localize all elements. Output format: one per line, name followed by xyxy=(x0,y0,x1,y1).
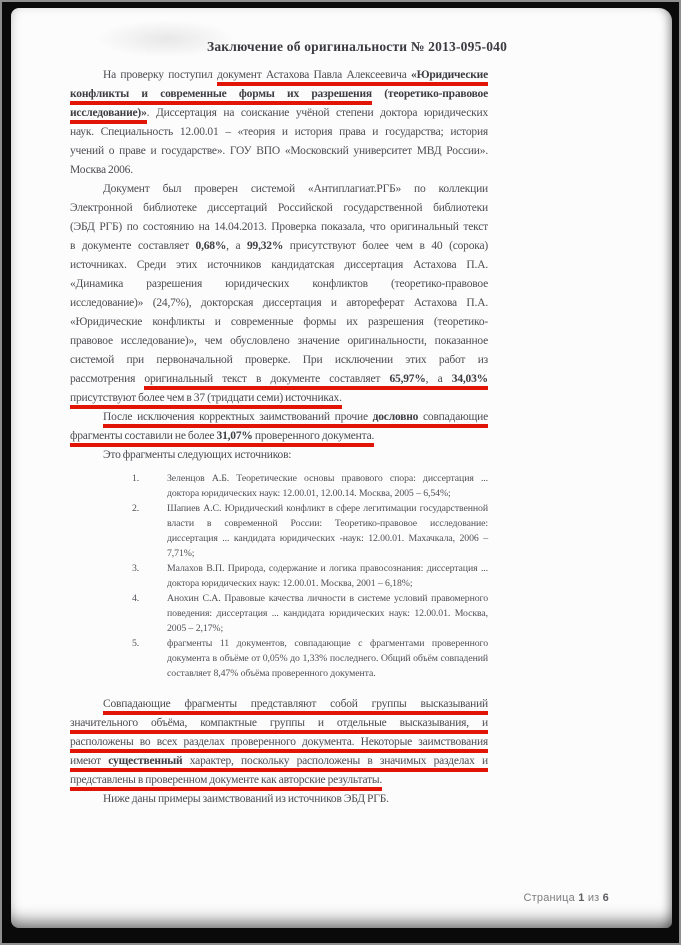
source-item: 2.Шапиев А.С. Юридический конфликт в сфе… xyxy=(132,501,488,561)
text-line: Москва 2006. xyxy=(70,161,488,180)
text-line: фрагменты составили не более 31,07% пров… xyxy=(70,427,488,446)
text-line: конфликты и современные формы их разреше… xyxy=(70,85,488,104)
text-segment: 0,68% xyxy=(196,240,227,252)
paragraph: Ниже даны примеры заимствований из источ… xyxy=(70,790,488,809)
source-text: Анохин С.А. Правовые качества личности в… xyxy=(167,591,488,636)
paragraph: Совпадающие фрагменты представляют собой… xyxy=(70,695,488,790)
paragraph: Это фрагменты следующих источников: xyxy=(70,446,488,465)
red-underlined-text: оригинальный текст в документе составляе… xyxy=(144,373,389,390)
text-segment: . Диссертация на соискание учёной степен… xyxy=(147,107,488,119)
text-line: имеют существенный характер, поскольку р… xyxy=(70,752,488,771)
text-line: исследование)». Диссертация на соискание… xyxy=(70,104,488,123)
text-line: Совпадающие фрагменты представляют собой… xyxy=(70,695,488,714)
text-line: системой при первоначальной проверке. Пр… xyxy=(70,351,488,370)
text-segment: , а xyxy=(226,240,247,252)
red-underlined-text: существенный xyxy=(108,755,182,772)
page-content: Заключение об оригинальности № 2013-095-… xyxy=(70,8,488,928)
text-line: рассмотрения оригинальный текст в докуме… xyxy=(70,370,488,389)
text-line: значительного объёма, компактные группы … xyxy=(70,714,488,733)
text-segment: учений о праве и государстве». ГОУ ВПО «… xyxy=(70,145,488,157)
spacer xyxy=(70,681,488,695)
text-line: правовое исследование)», чем обусловлено… xyxy=(70,332,488,351)
text-segment: На проверку поступил xyxy=(103,69,217,81)
red-underlined-text: фрагменты составили не более xyxy=(70,430,217,447)
red-underlined-text: исследование)» xyxy=(70,107,147,124)
text-line: (ЭБД РГБ) по состоянию на 14.04.2013. Пр… xyxy=(70,218,488,237)
source-item: 4.Анохин С.А. Правовые качества личности… xyxy=(132,591,488,636)
red-underlined-text: присутствуют более чем в 37 (тридцати се… xyxy=(70,392,342,409)
source-text: Шапиев А.С. Юридический конфликт в сфере… xyxy=(167,501,488,561)
text-segment: 99,32% xyxy=(247,240,283,252)
text-segment: наук. Специальность 12.00.01 – «теория и… xyxy=(70,126,488,138)
footer-separator: из xyxy=(585,892,603,904)
red-underlined-text: документ Астахова Павла Алексеевича xyxy=(217,69,411,86)
text-line: На проверку поступил документ Астахова П… xyxy=(70,66,488,85)
text-segment: «Юридические конфликты и современные фор… xyxy=(70,316,488,328)
source-number: 1. xyxy=(132,471,167,501)
page-title: Заключение об оригинальности № 2013-095-… xyxy=(207,38,488,56)
red-underlined-text: значительного объёма, компактные группы … xyxy=(70,717,488,734)
red-underlined-text: Совпадающие фрагменты представляют собой… xyxy=(103,698,488,715)
footer-total-pages: 6 xyxy=(603,892,609,904)
red-underlined-text: 34,03% xyxy=(452,373,488,390)
text-line: «Юридические конфликты и современные фор… xyxy=(70,313,488,332)
text-segment: исследование)» (24,7%), докторская диссе… xyxy=(70,297,488,309)
text-segment: системой при первоначальной проверке. Пр… xyxy=(70,354,488,366)
red-underlined-text: 65,97% xyxy=(389,373,425,390)
text-segment: (ЭБД РГБ) по состоянию на 14.04.2013. Пр… xyxy=(70,221,488,233)
red-underlined-text: совпадающие xyxy=(418,411,488,428)
red-underlined-text: проверенного документа. xyxy=(253,430,374,447)
text-segment: Москва 2006. xyxy=(70,164,133,176)
text-line: После исключения корректных заимствовани… xyxy=(70,408,488,427)
sources-list: 1.Зеленцов А.Б. Теоретические основы пра… xyxy=(70,471,488,681)
scanned-document: Заключение об оригинальности № 2013-095-… xyxy=(0,0,681,945)
source-item: 3.Малахов В.П. Природа, содержание и лог… xyxy=(132,561,488,591)
red-underlined-text: дословно xyxy=(373,411,419,428)
text-segment: (теоретико-правовое xyxy=(372,88,488,100)
red-underlined-text: 31,07% xyxy=(217,430,253,447)
paragraph: Документ был проверен системой «Антиплаг… xyxy=(70,180,488,408)
text-segment: Ниже даны примеры заимствований из источ… xyxy=(103,793,389,805)
source-number: 2. xyxy=(132,501,167,561)
source-item: 1.Зеленцов А.Б. Теоретические основы пра… xyxy=(132,471,488,501)
text-line: Электронной библиотеке диссертаций Росси… xyxy=(70,199,488,218)
text-line: Ниже даны примеры заимствований из источ… xyxy=(70,790,488,809)
source-number: 4. xyxy=(132,591,167,636)
text-segment: Документ был проверен системой «Антиплаг… xyxy=(103,183,488,195)
document-page: Заключение об оригинальности № 2013-095-… xyxy=(11,8,672,928)
text-segment: правовое исследование)», чем обусловлено… xyxy=(70,335,488,347)
red-underlined-text: «Юридические xyxy=(411,69,488,86)
source-number: 5. xyxy=(132,636,167,681)
red-underlined-text: расположены во всех разделах проверенног… xyxy=(70,736,488,753)
text-line: исследование)» (24,7%), докторская диссе… xyxy=(70,294,488,313)
text-line: наук. Специальность 12.00.01 – «теория и… xyxy=(70,123,488,142)
text-line: учений о праве и государстве». ГОУ ВПО «… xyxy=(70,142,488,161)
document-body: На проверку поступил документ Астахова П… xyxy=(70,66,488,809)
text-segment: «Динамика разрешения юридических конфлик… xyxy=(70,278,488,290)
paragraph: На проверку поступил документ Астахова П… xyxy=(70,66,488,180)
text-segment: присутствуют более чем в 40 (сорока) xyxy=(283,240,488,252)
text-line: присутствуют более чем в 37 (тридцати се… xyxy=(70,389,488,408)
text-segment: Электронной библиотеке диссертаций Росси… xyxy=(70,202,488,214)
text-line: Документ был проверен системой «Антиплаг… xyxy=(70,180,488,199)
footer-label: Страница xyxy=(524,892,579,904)
red-underlined-text: , а xyxy=(426,373,452,390)
text-segment: в документе составляет xyxy=(70,240,196,252)
text-segment: Это фрагменты следующих источников: xyxy=(103,449,291,461)
red-underlined-text: представлены в проверенном документе как… xyxy=(70,774,382,791)
source-text: Малахов В.П. Природа, содержание и логик… xyxy=(167,561,488,591)
red-underlined-text: конфликты и современные формы их разреше… xyxy=(70,88,372,105)
text-line: Это фрагменты следующих источников: xyxy=(70,446,488,465)
red-underlined-text: характер, поскольку расположены в значим… xyxy=(182,755,488,772)
source-number: 3. xyxy=(132,561,167,591)
text-line: представлены в проверенном документе как… xyxy=(70,771,488,790)
page-footer: Страница 1 из 6 xyxy=(524,892,609,904)
source-text: фрагменты 11 документов, совпадающие с ф… xyxy=(167,636,488,681)
text-segment: источниках. Среди этих источников кандид… xyxy=(70,259,488,271)
paragraph: После исключения корректных заимствовани… xyxy=(70,408,488,446)
text-segment: рассмотрения xyxy=(70,373,144,385)
red-underlined-text: имеют xyxy=(70,755,108,772)
source-text: Зеленцов А.Б. Теоретические основы право… xyxy=(167,471,488,501)
text-line: «Динамика разрешения юридических конфлик… xyxy=(70,275,488,294)
text-line: в документе составляет 0,68%, а 99,32% п… xyxy=(70,237,488,256)
text-line: расположены во всех разделах проверенног… xyxy=(70,733,488,752)
red-underlined-text: После исключения корректных заимствовани… xyxy=(103,411,373,428)
text-line: источниках. Среди этих источников кандид… xyxy=(70,256,488,275)
source-item: 5.фрагменты 11 документов, совпадающие с… xyxy=(132,636,488,681)
